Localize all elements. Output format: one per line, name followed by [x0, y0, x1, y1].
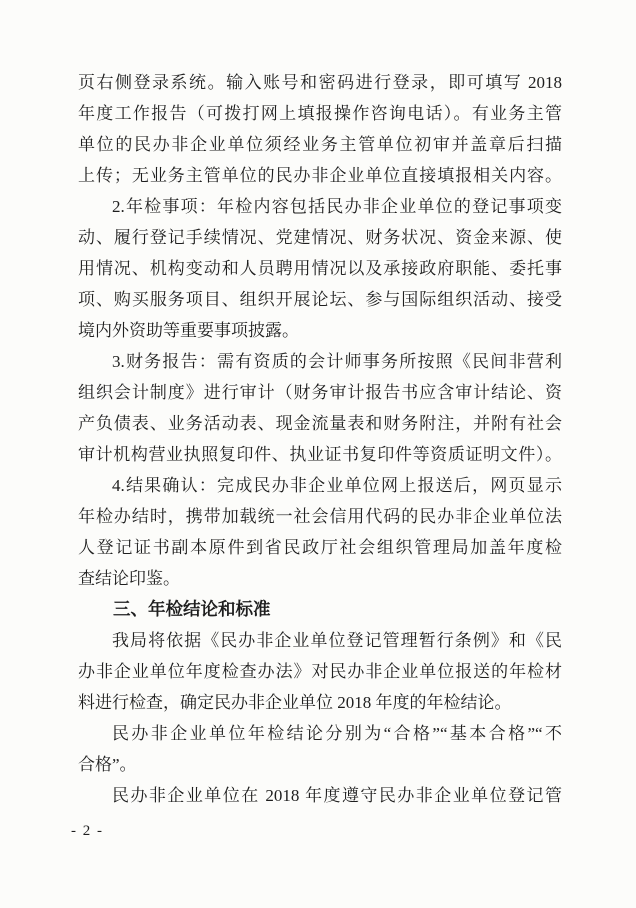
text-line: 我局将依据《民办非企业单位登记管理暂行条例》和《民 — [78, 625, 562, 656]
page-number: - 2 - — [71, 821, 104, 841]
text-line: 上传；无业务主管单位的民办非企业单位直接填报相关内容。 — [78, 160, 562, 191]
text-line: 4.结果确认：完成民办非企业单位网上报送后，网页显示 — [78, 470, 562, 501]
text-line: 项、购买服务项目、组织开展论坛、参与国际组织活动、接受 — [78, 284, 562, 315]
text-line: 2.年检事项：年检内容包括民办非企业单位的登记事项变 — [78, 191, 562, 222]
text-line: 合格”。 — [78, 749, 562, 780]
text-line: 审计机构营业执照复印件、执业证书复印件等资质证明文件）。 — [78, 439, 562, 470]
text-line: 组织会计制度》进行审计（财务审计报告书应含审计结论、资 — [78, 377, 562, 408]
text-line: 年检办结时，携带加载统一社会信用代码的民办非企业单位法 — [78, 501, 562, 532]
text-line: 3.财务报告：需有资质的会计师事务所按照《民间非营利 — [78, 346, 562, 377]
section-heading: 三、年检结论和标准 — [78, 594, 562, 625]
paragraph: 4.结果确认：完成民办非企业单位网上报送后，网页显示 年检办结时，携带加载统一社… — [78, 470, 562, 594]
text-line: 料进行检查，确定民办非企业单位 2018 年度的年检结论。 — [78, 687, 562, 718]
text-line: 办非企业单位年度检查办法》对民办非企业单位报送的年检材 — [78, 656, 562, 687]
text-line: 用情况、机构变动和人员聘用情况以及承接政府职能、委托事 — [78, 253, 562, 284]
text-line: 动、履行登记手续情况、党建情况、财务状况、资金来源、使 — [78, 222, 562, 253]
text-line: 产负债表、业务活动表、现金流量表和财务附注，并附有社会 — [78, 408, 562, 439]
text-line: 民办非企业单位年检结论分别为“合格”“基本合格”“不 — [78, 718, 562, 749]
text-line: 年度工作报告（可拨打网上填报操作咨询电话）。有业务主管 — [78, 98, 562, 129]
text-line: 查结论印鉴。 — [78, 563, 562, 594]
paragraph: 页右侧登录系统。输入账号和密码进行登录，即可填写 2018 年度工作报告（可拨打… — [78, 67, 562, 191]
text-line: 人登记证书副本原件到省民政厅社会组织管理局加盖年度检 — [78, 532, 562, 563]
document-page: 页右侧登录系统。输入账号和密码进行登录，即可填写 2018 年度工作报告（可拨打… — [0, 0, 636, 908]
paragraph: 民办非企业单位年检结论分别为“合格”“基本合格”“不 合格”。 — [78, 718, 562, 780]
text-line: 民办非企业单位在 2018 年度遵守民办非企业单位登记管 — [78, 780, 562, 811]
paragraph: 民办非企业单位在 2018 年度遵守民办非企业单位登记管 — [78, 780, 562, 811]
text-line: 单位的民办非企业单位须经业务主管单位初审并盖章后扫描 — [78, 129, 562, 160]
section-heading-block: 三、年检结论和标准 — [78, 594, 562, 625]
text-line: 境内外资助等重要事项披露。 — [78, 315, 562, 346]
text-line: 页右侧登录系统。输入账号和密码进行登录，即可填写 2018 — [78, 67, 562, 98]
paragraph: 我局将依据《民办非企业单位登记管理暂行条例》和《民 办非企业单位年度检查办法》对… — [78, 625, 562, 718]
text-block: 页右侧登录系统。输入账号和密码进行登录，即可填写 2018 年度工作报告（可拨打… — [78, 67, 562, 811]
paragraph: 2.年检事项：年检内容包括民办非企业单位的登记事项变 动、履行登记手续情况、党建… — [78, 191, 562, 346]
paragraph: 3.财务报告：需有资质的会计师事务所按照《民间非营利 组织会计制度》进行审计（财… — [78, 346, 562, 470]
